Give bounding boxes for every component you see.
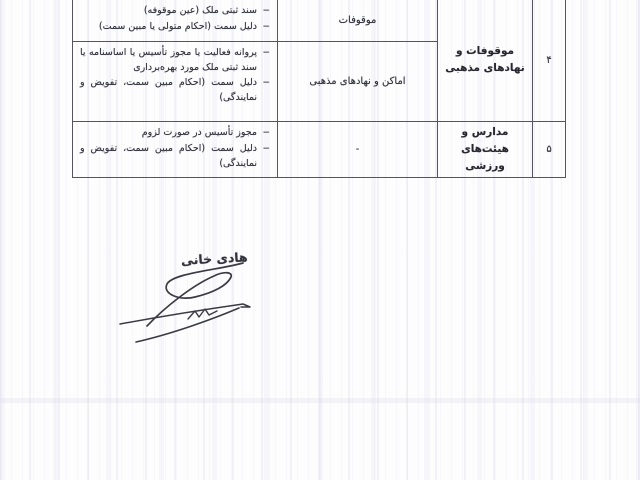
signature-block: هادی خانی — [96, 245, 281, 353]
dash-bullet-icon — [257, 141, 270, 171]
dash-bullet-icon — [257, 125, 270, 141]
row-number-cell: ۵ — [533, 121, 566, 177]
document-requirement: پروانه فعالیت یا مجوز تأسیس یا اساسنامه … — [80, 45, 257, 75]
dash-bullet-icon — [257, 75, 270, 105]
category-cell: مدارس و هیئت‌های ورزشی — [438, 121, 533, 177]
type-cell: اماکن و نهادهای مذهبی — [278, 41, 438, 121]
table-row: ۵ مدارس و هیئت‌های ورزشی - مجوز تأسیس در… — [73, 121, 566, 177]
list-item: پروانه فعالیت یا مجوز تأسیس یا اساسنامه … — [80, 45, 270, 75]
type-cell: موقوفات — [278, 0, 438, 41]
list-item: دلیل سمت (احکام مبین سمت، تفویض و نمایند… — [80, 141, 270, 171]
dash-bullet-icon — [257, 3, 270, 19]
document-requirement: سند ثبتی ملک (عین موقوفه) — [80, 3, 257, 19]
category-cell: موقوفات و نهادهای مذهبی — [438, 0, 533, 121]
list-item: مجوز تأسیس در صورت لزوم — [80, 125, 270, 141]
table-row: ۴ موقوفات و نهادهای مذهبی موقوفات سند ثب… — [73, 0, 566, 41]
document-requirement: دلیل سمت (احکام مبین سمت، تفویض و نمایند… — [80, 141, 257, 171]
dash-bullet-icon — [257, 45, 270, 75]
handwritten-signature-icon — [96, 245, 281, 353]
scanned-document-page: { "document": { "table": { "rows": [ { "… — [0, 0, 640, 480]
document-requirement: دلیل سمت (احکام مبین سمت، تفویض و نمایند… — [80, 75, 257, 105]
dash-bullet-icon — [257, 19, 270, 35]
document-requirement: دلیل سمت (احکام متولی یا مبین سمت) — [80, 19, 257, 35]
document-requirement: مجوز تأسیس در صورت لزوم — [80, 125, 257, 141]
list-item: سند ثبتی ملک (عین موقوفه) — [80, 3, 270, 19]
documents-cell: مجوز تأسیس در صورت لزوم دلیل سمت (احکام … — [73, 121, 278, 177]
documents-cell: سند ثبتی ملک (عین موقوفه) دلیل سمت (احکا… — [73, 0, 278, 41]
documents-cell: پروانه فعالیت یا مجوز تأسیس یا اساسنامه … — [73, 41, 278, 121]
requirements-table: ۴ موقوفات و نهادهای مذهبی موقوفات سند ثب… — [72, 0, 566, 178]
list-item: دلیل سمت (احکام متولی یا مبین سمت) — [80, 19, 270, 35]
row-number-cell: ۴ — [533, 0, 566, 121]
type-cell: - — [278, 121, 438, 177]
list-item: دلیل سمت (احکام مبین سمت، تفویض و نمایند… — [80, 75, 270, 105]
